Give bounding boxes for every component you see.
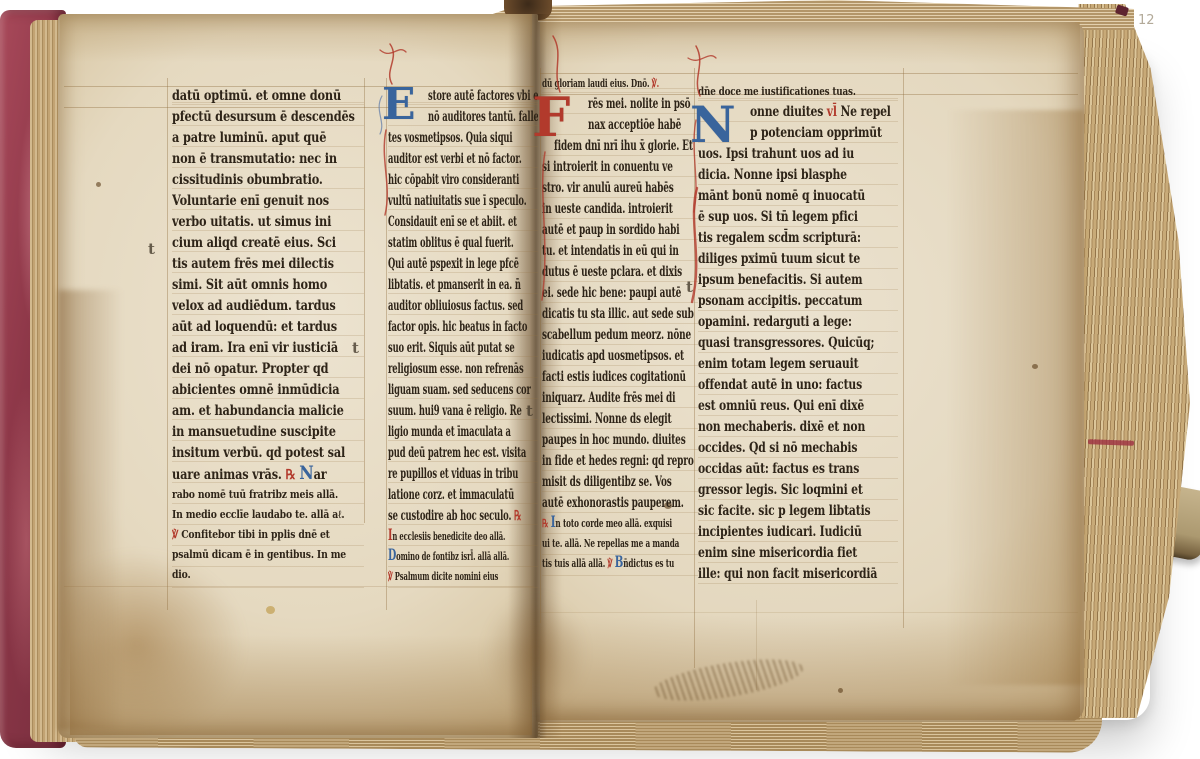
text-segment: rabo nomē tuū fratribz meis allā.	[172, 488, 338, 501]
text-segment: misit ds diligentibz se. Vos	[542, 474, 672, 490]
text-line: datū optimū. et omne donū	[172, 86, 364, 107]
text-segment: p potenciam opprimūt	[750, 125, 882, 141]
text-line: abicientes omnē inmūdicia	[172, 380, 364, 401]
text-line: ad iram. Ira enī vir iusticiā	[172, 338, 364, 359]
text-segment: Confitebor tibi in pplis dnē et	[181, 528, 330, 541]
text-segment: ē sup uos. Si tn̄ legem pfici	[698, 209, 858, 225]
text-segment: pfectū desursum ē descendēs	[172, 109, 355, 125]
text-line: opamini. redarguti a lege:	[698, 312, 898, 333]
text-line: dicatis tu sta illic. aut sede sub	[542, 304, 698, 325]
text-line: offendat autē in uno: factus	[698, 375, 898, 396]
text-segment: in fide et hedes regni: qd repro	[542, 453, 694, 469]
text-line: non mechaberis. dixē et non	[698, 417, 898, 438]
text-segment: velox ad audiēdum. tardus	[172, 298, 336, 314]
text-line: religiosum esse. non refrenās	[388, 359, 538, 380]
text-segment: n ecclesiis benedicite deo allā.	[392, 530, 505, 543]
text-segment: Voluntarie enī genuit nos	[172, 193, 329, 209]
ruling-line	[386, 78, 387, 610]
text-segment: autē et paup in sordido habi	[542, 222, 680, 238]
text-segment: In medio ecclīe laudabo te. allā aℓ.	[172, 508, 344, 521]
ruling-line	[903, 68, 904, 628]
ruling-line	[540, 612, 1078, 613]
text-line: ē sup uos. Si tn̄ legem pfici	[698, 207, 898, 228]
text-segment: se custodire ab hoc seculo.	[388, 508, 514, 524]
text-line: est omniū reus. Qui enī dixē	[698, 396, 898, 417]
text-segment: enim sine misericordia fiet	[698, 545, 857, 561]
text-segment: facti estis iudices cogitationū	[542, 369, 686, 385]
text-line: sic facite. sic p legem libtatis	[698, 501, 898, 522]
text-line: ℞ In toto corde meo allā. exquisi	[542, 514, 698, 534]
text-line: lectissimi. Nonne ds elegit	[542, 409, 698, 430]
text-line: pud deū patrem hec est. visita	[388, 443, 538, 464]
text-line: paupes in hoc mundo. diuites	[542, 430, 698, 451]
text-line: ligio munda et īmaculata a	[388, 422, 538, 443]
text-segment: cium aliqd creatē eius. Sci	[172, 235, 336, 251]
text-line: ui te. allā. Ne repellas me a manda	[542, 534, 698, 554]
text-segment: liguam suam. sed seducens cor	[388, 382, 531, 398]
text-line: quasi transgressores. Quicūq;	[698, 333, 898, 354]
text-line: pfectū desursum ē descendēs	[172, 107, 364, 128]
text-segment: vultū natiuitatis sue ī speculo.	[388, 193, 527, 209]
text-segment: non mechaberis. dixē et non	[698, 419, 865, 435]
text-segment: mānt bonū nomē q inuocatū	[698, 188, 865, 204]
text-segment: iudicatis apd uosmetipsos. et	[542, 348, 684, 364]
dropcap-initial-F: F	[532, 88, 570, 146]
text-segment: ℞	[285, 467, 299, 483]
inline-initial: D	[388, 547, 396, 564]
text-line: iudicatis apd uosmetipsos. et	[542, 346, 698, 367]
text-line: stro. vir anulū aureū habēs	[542, 178, 698, 199]
text-line: liguam suam. sed seducens cor	[388, 380, 538, 401]
text-segment: ui te. allā. Ne repellas me a manda	[542, 537, 679, 550]
text-line: rabo nomē tuū fratribz meis allā.	[172, 485, 364, 505]
text-line: In ecclesiis benedicite deo allā.	[388, 527, 538, 547]
text-line: suo erit. Siquis aūt putat se	[388, 338, 538, 359]
text-line: auditor obliuiosus factus. sed	[388, 296, 538, 317]
text-segment: ℣	[388, 570, 395, 583]
text-line: occidas aūt: factus es trans	[698, 459, 898, 480]
text-segment: re pupillos et viduas in tribu	[388, 466, 518, 482]
text-line: verbo uitatis. ut simus ini	[172, 212, 364, 233]
text-line: re pupillos et viduas in tribu	[388, 464, 538, 485]
text-line: Domino de fontibz isrl̄. allā allā.	[388, 547, 538, 567]
text-segment: abicientes omnē inmūdicia	[172, 382, 339, 398]
text-segment: factor opis. hic beatus in facto	[388, 319, 527, 335]
text-line: misit ds diligentibz se. Vos	[542, 472, 698, 493]
ink-speck	[96, 182, 101, 187]
text-segment: dutus ē ueste pclara. et dixis	[542, 264, 682, 280]
margin-annotation-mark: t	[686, 278, 693, 296]
text-segment: gressor legis. Sic loqmini et	[698, 482, 863, 498]
text-segment: lectissimi. Nonne ds elegit	[542, 411, 671, 427]
text-segment: occides. Qd si nō mechabis	[698, 440, 857, 456]
text-segment: ℣	[172, 528, 181, 541]
text-line: ℣ Confitebor tibi in pplis dnē et	[172, 525, 364, 545]
text-segment: ℞	[542, 517, 551, 530]
text-line: cium aliqd creatē eius. Sci	[172, 233, 364, 254]
text-line: libtatis. et pmanserit in ea. n̄	[388, 275, 538, 296]
text-segment: ipsum benefacitis. Si autem	[698, 272, 862, 288]
text-line: velox ad audiēdum. tardus	[172, 296, 364, 317]
text-line: tes vosmetipsos. Quia siqui	[388, 128, 538, 149]
text-segment: sic facite. sic p legem libtatis	[698, 503, 870, 519]
text-line: se custodire ab hoc seculo. ℞	[388, 506, 538, 527]
text-segment: incipientes iudicari. Iudiciū	[698, 524, 862, 540]
text-line: facti estis iudices cogitationū	[542, 367, 698, 388]
text-segment: insitum verbū. qd potest sal	[172, 445, 345, 461]
text-segment: auditor est verbi et nō factor.	[388, 151, 522, 167]
dropcap-initial-E: E	[382, 82, 415, 128]
text-line: tis tuis allā allā. ℣ Bn̄dictus es tu	[542, 554, 698, 574]
text-line: enim totam legem seruauit	[698, 354, 898, 375]
text-line: factor opis. hic beatus in facto	[388, 317, 538, 338]
text-segment: ligio munda et īmaculata a	[388, 424, 511, 440]
text-line: gressor legis. Sic loqmini et	[698, 480, 898, 501]
text-segment: offendat autē in uno: factus	[698, 377, 862, 393]
text-line: am. et habundancia malicie	[172, 401, 364, 422]
text-line: a patre luminū. aput quē	[172, 128, 364, 149]
text-segment: est omniū reus. Qui enī dixē	[698, 398, 864, 414]
text-segment: libtatis. et pmanserit in ea. n̄	[388, 277, 521, 293]
right-page-text-column-1: Fdū gloriam laudi eius. Dnō. ℣.rēs mei. …	[542, 74, 698, 582]
ruling-line	[364, 78, 365, 523]
left-page-text-column-2: Estore autē factores vbi etnō auditores …	[388, 86, 538, 592]
text-line: Considauit enī se et abiit. et	[388, 212, 538, 233]
text-line: uare animas vrās. ℞ Nar	[172, 464, 364, 485]
text-segment: si introierit in conuentu ve	[542, 159, 673, 175]
text-line: in fide et hedes regni: qd repro	[542, 451, 698, 472]
text-line: scabellum pedum meorz. nōne	[542, 325, 698, 346]
text-segment: nax acceptiōe habē	[588, 117, 681, 133]
text-segment: store autē factores vbi et	[428, 88, 538, 104]
text-line: enim sine misericordia fiet	[698, 543, 898, 564]
text-segment: religiosum esse. non refrenās	[388, 361, 524, 377]
text-segment: tes vosmetipsos. Quia siqui	[388, 130, 512, 146]
text-line: ℣ Psalmum dicite nomini eius	[388, 567, 538, 587]
text-segment: Psalmum dicite nomini eius	[395, 570, 498, 583]
text-segment: in mansuetudine suscipite	[172, 424, 336, 440]
ink-speck	[1032, 364, 1038, 369]
text-segment: verbo uitatis. ut simus ini	[172, 214, 331, 230]
dropcap-initial-N: N	[690, 98, 736, 152]
text-segment: ad iram. Ira enī vir iusticiā	[172, 340, 338, 356]
text-segment: datū optimū. et omne donū	[172, 88, 341, 104]
text-segment: non ē transmutatio: nec in	[172, 151, 337, 167]
manuscript-photo: datū optimū. et omne donūpfectū desursum…	[0, 0, 1200, 759]
text-segment: scabellum pedum meorz. nōne	[542, 327, 691, 343]
text-segment: occidas aūt: factus es trans	[698, 461, 859, 477]
text-line: diliges pximū tuum sicut te	[698, 249, 898, 270]
text-segment: enim totam legem seruauit	[698, 356, 858, 372]
ruling-line	[167, 78, 168, 610]
text-line: tis regalem scd̄m scripturā:	[698, 228, 898, 249]
text-segment: a patre luminū. aput quē	[172, 130, 326, 146]
text-segment: Considauit enī se et abiit. et	[388, 214, 517, 230]
text-segment: omino de fontibz isrl̄. allā allā.	[396, 550, 509, 563]
ink-speck	[838, 688, 843, 693]
text-segment: fidem dnī nrī ihu x̄ glorie. Et	[554, 138, 693, 154]
text-segment: am. et habundancia malicie	[172, 403, 344, 419]
margin-annotation-mark: t	[148, 240, 155, 258]
text-line: Qui autē pspexit in lege pfcē	[388, 254, 538, 275]
text-segment: suo erit. Siquis aūt putat se	[388, 340, 515, 356]
text-line: cissitudinis obumbratio.	[172, 170, 364, 191]
text-segment: pud deū patrem hec est. visita	[388, 445, 526, 461]
text-segment: psonam accipitis. peccatum	[698, 293, 862, 309]
text-line: non ē transmutatio: nec in	[172, 149, 364, 170]
text-segment: hic cōpabit viro consideranti	[388, 172, 519, 188]
text-segment: ℣.	[652, 77, 659, 90]
text-segment: onne diuites	[750, 104, 827, 120]
text-line: autē exhonorastis pauperem.	[542, 493, 698, 514]
text-line: Voluntarie enī genuit nos	[172, 191, 364, 212]
text-line: autē et paup in sordido habi	[542, 220, 698, 241]
text-line: in mansuetudine suscipite	[172, 422, 364, 443]
text-segment: dei nō opatur. Propter qd	[172, 361, 328, 377]
text-segment: paupes in hoc mundo. diuites	[542, 432, 686, 448]
text-line: dei nō opatur. Propter qd	[172, 359, 364, 380]
text-line: ei. sede hic bene: paupi autē	[542, 283, 698, 304]
text-segment: dicia. Nonne ipsi blasphe	[698, 167, 847, 183]
ruling-line	[540, 68, 541, 623]
ink-speck	[266, 606, 275, 614]
text-segment: vl̄	[827, 104, 841, 120]
text-line: tis autem frēs mei dilectis	[172, 254, 364, 275]
text-line: aūt ad loquendū: et tardus	[172, 317, 364, 338]
text-segment: ei. sede hic bene: paupi autē	[542, 285, 681, 301]
text-segment: uare animas vrās.	[172, 467, 285, 483]
text-line: ipsum benefacitis. Si autem	[698, 270, 898, 291]
text-segment: dicatis tu sta illic. aut sede sub	[542, 306, 694, 322]
text-line: hic cōpabit viro consideranti	[388, 170, 538, 191]
text-line: incipientes iudicari. Iudiciū	[698, 522, 898, 543]
text-segment: nō auditores tantū. falle	[428, 109, 538, 125]
text-segment: iniquarz. Audite frēs mei di	[542, 390, 675, 406]
text-line: dicia. Nonne ipsi blasphe	[698, 165, 898, 186]
text-line: insitum verbū. qd potest sal	[172, 443, 364, 464]
text-segment: tis tuis allā allā.	[542, 557, 608, 570]
folio-number: 12	[1138, 13, 1155, 28]
text-segment: suum. hui9 vana ē religio. Re	[388, 403, 522, 419]
text-segment: dio.	[172, 568, 191, 581]
text-line: iniquarz. Audite frēs mei di	[542, 388, 698, 409]
text-segment: rēs mei. nolite in psō	[588, 96, 690, 112]
text-line: latione corz. et immaculatū	[388, 485, 538, 506]
text-segment: psalmū dicam ē in gentibus. In me	[172, 548, 346, 561]
margin-annotation-mark: t	[352, 339, 359, 357]
right-page-text-column-2: Ndn̄e doce me iustificationes tuas.onne …	[698, 82, 898, 588]
text-segment: ℞	[514, 508, 521, 524]
text-line: simi. Sit aūt omnis homo	[172, 275, 364, 296]
text-line: In medio ecclīe laudabo te. allā aℓ.	[172, 505, 364, 525]
text-line: suum. hui9 vana ē religio. Re	[388, 401, 538, 422]
text-line: psonam accipitis. peccatum	[698, 291, 898, 312]
text-line: occides. Qd si nō mechabis	[698, 438, 898, 459]
text-segment: opamini. redarguti a lege:	[698, 314, 852, 330]
fore-edge-page-stack	[1074, 4, 1190, 718]
text-segment: stro. vir anulū aureū habēs	[542, 180, 674, 196]
text-segment: latione corz. et immaculatū	[388, 487, 514, 503]
text-segment: cissitudinis obumbratio.	[172, 172, 323, 188]
text-segment: auditor obliuiosus factus. sed	[388, 298, 523, 314]
text-segment: tis autem frēs mei dilectis	[172, 256, 334, 272]
text-segment: n̄dictus es tu	[623, 557, 674, 570]
margin-annotation-mark: t	[526, 402, 533, 420]
text-segment: ar	[314, 467, 327, 483]
text-segment: autē exhonorastis pauperem.	[542, 495, 684, 511]
text-segment: simi. Sit aūt omnis homo	[172, 277, 327, 293]
inline-initial: N	[299, 464, 313, 484]
text-line: dutus ē ueste pclara. et dixis	[542, 262, 698, 283]
text-line: tu. et intendatis in eū qui in	[542, 241, 698, 262]
text-segment: Qui autē pspexit in lege pfcē	[388, 256, 519, 272]
text-line: ille: qui non facit misericordiā	[698, 564, 898, 585]
text-line: psalmū dicam ē in gentibus. In me	[172, 545, 364, 565]
text-line: statim oblitus ē qual fuerit.	[388, 233, 538, 254]
text-line: si introierit in conuentu ve	[542, 157, 698, 178]
inline-initial: B	[615, 554, 623, 571]
text-segment: n toto corde meo allā. exquisi	[555, 517, 672, 530]
text-line: in ueste candida. introierit	[542, 199, 698, 220]
text-segment: ille: qui non facit misericordiā	[698, 566, 877, 582]
text-segment: tis regalem scd̄m scripturā:	[698, 230, 861, 246]
text-segment: quasi transgressores. Quicūq;	[698, 335, 874, 351]
text-segment: tu. et intendatis in eū qui in	[542, 243, 679, 259]
text-line: mānt bonū nomē q inuocatū	[698, 186, 898, 207]
text-line: auditor est verbi et nō factor.	[388, 149, 538, 170]
text-segment: diliges pximū tuum sicut te	[698, 251, 860, 267]
text-segment: aūt ad loquendū: et tardus	[172, 319, 337, 335]
left-page-text-column-1: datū optimū. et omne donūpfectū desursum…	[172, 86, 364, 592]
text-segment: Ne repel	[840, 104, 890, 120]
text-line: dio.	[172, 565, 364, 585]
text-segment: in ueste candida. introierit	[542, 201, 673, 217]
text-segment: statim oblitus ē qual fuerit.	[388, 235, 514, 251]
text-line: vultū natiuitatis sue ī speculo.	[388, 191, 538, 212]
